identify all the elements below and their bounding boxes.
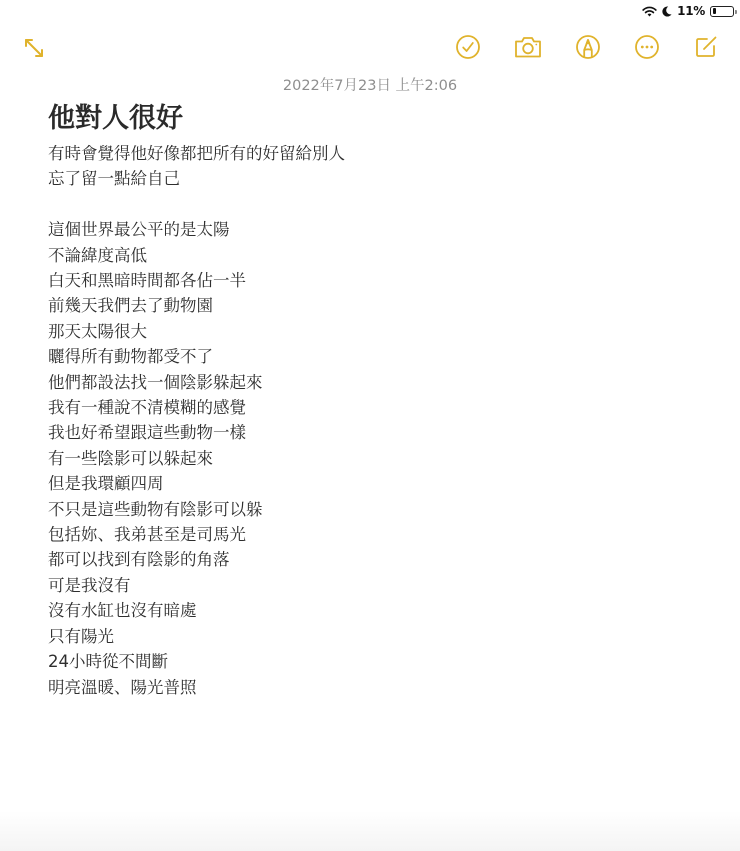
note-line[interactable]: 24小時從不間斷 — [48, 649, 708, 674]
note-line[interactable]: 都可以找到有陰影的角落 — [48, 547, 708, 572]
moon-icon — [662, 6, 672, 17]
more-button[interactable] — [632, 32, 662, 62]
note-line[interactable]: 我有一種說不清模糊的感覺 — [48, 395, 708, 420]
pen-tip-circle-icon — [575, 34, 601, 60]
compose-button[interactable] — [691, 32, 721, 62]
note-line[interactable]: 白天和黑暗時間都各佔一半 — [48, 268, 708, 293]
note-line[interactable]: 他們都設法找一個陰影躲起來 — [48, 370, 708, 395]
note-line[interactable]: 忘了留一點給自己 — [48, 166, 708, 191]
note-line[interactable]: 不只是這些動物有陰影可以躲 — [48, 497, 708, 522]
note-line[interactable]: 包括妳、我弟甚至是司馬光 — [48, 522, 708, 547]
note-line[interactable]: 有一些陰影可以躲起來 — [48, 446, 708, 471]
status-bar: 11% — [642, 0, 740, 22]
note-line[interactable]: 有時會覺得他好像都把所有的好留給別人 — [48, 141, 708, 166]
compose-icon — [693, 34, 719, 60]
note-line[interactable]: 可是我沒有 — [48, 573, 708, 598]
battery-percent: 11% — [677, 4, 705, 18]
wifi-icon — [642, 6, 657, 17]
checkmark-circle-icon — [455, 34, 481, 60]
bottom-fade — [0, 811, 740, 851]
note-editor[interactable]: 他對人很好 有時會覺得他好像都把所有的好留給別人 忘了留一點給自己 這個世界最公… — [48, 101, 708, 700]
expand-arrows-icon — [22, 36, 46, 60]
note-line[interactable]: 這個世界最公平的是太陽 — [48, 217, 708, 242]
note-line[interactable]: 我也好希望跟這些動物一樣 — [48, 420, 708, 445]
note-line[interactable]: 只有陽光 — [48, 624, 708, 649]
camera-button[interactable] — [513, 32, 543, 62]
ellipsis-circle-icon — [634, 34, 660, 60]
note-line[interactable] — [48, 192, 708, 217]
note-title[interactable]: 他對人很好 — [48, 101, 708, 137]
note-date: 2022年7月23日 上午2:06 — [0, 74, 740, 95]
note-line[interactable]: 明亮溫暖、陽光普照 — [48, 675, 708, 700]
note-line[interactable]: 前幾天我們去了動物園 — [48, 293, 708, 318]
battery-cap — [735, 10, 737, 14]
note-line[interactable]: 沒有水缸也沒有暗處 — [48, 598, 708, 623]
battery-icon — [710, 6, 734, 17]
expand-button[interactable] — [19, 33, 49, 63]
checklist-button[interactable] — [453, 32, 483, 62]
note-line[interactable]: 那天太陽很大 — [48, 319, 708, 344]
note-line[interactable]: 曬得所有動物都受不了 — [48, 344, 708, 369]
note-line[interactable]: 不論緯度高低 — [48, 243, 708, 268]
markup-button[interactable] — [573, 32, 603, 62]
camera-icon — [513, 34, 543, 60]
notes-screen: 11% — [0, 0, 740, 851]
note-line[interactable]: 但是我環顧四周 — [48, 471, 708, 496]
battery-level — [713, 8, 716, 14]
